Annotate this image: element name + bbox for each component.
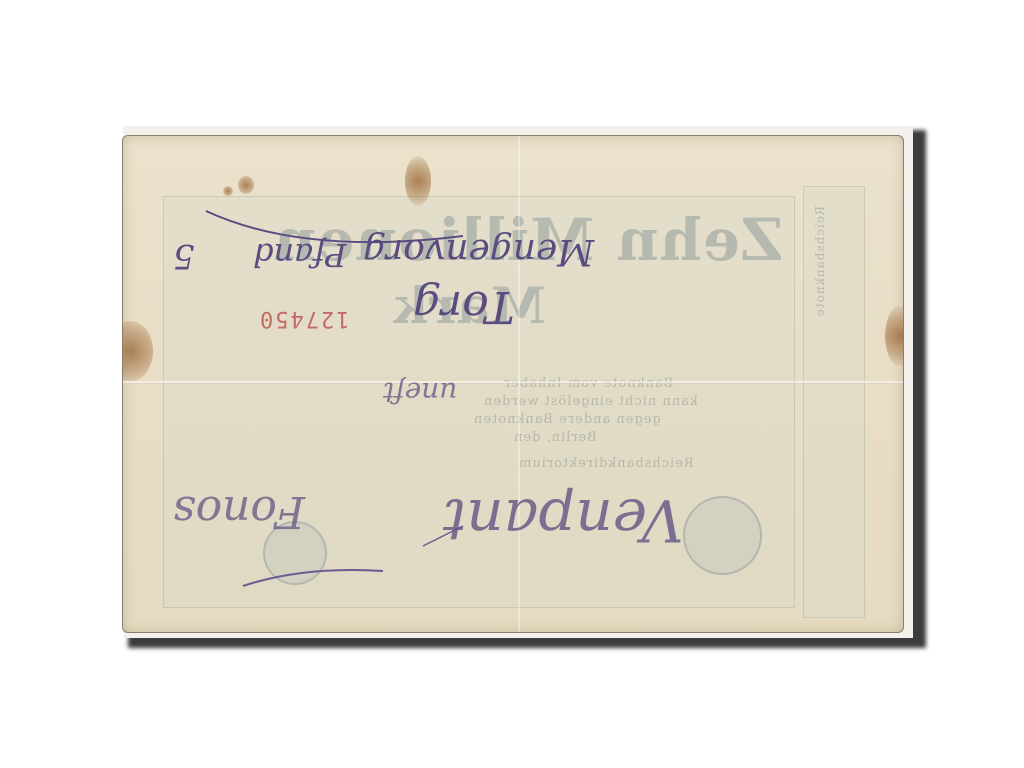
handwriting-mengenvorg: Mengenvorg [363, 231, 594, 272]
handwriting-venpant: Venpant [443, 486, 684, 554]
handwriting-fonos: Fonos [173, 486, 305, 537]
handwriting-strokes [123, 136, 903, 632]
banknote: Zehn Millionen Mark Banknote vom Inhaber… [122, 135, 904, 633]
handwriting-torg: Torg [413, 281, 515, 332]
handwriting-uneft: uneft [383, 376, 457, 409]
handwriting-pfand: Pfand [253, 236, 347, 274]
handwriting-5: 5 [173, 236, 195, 276]
